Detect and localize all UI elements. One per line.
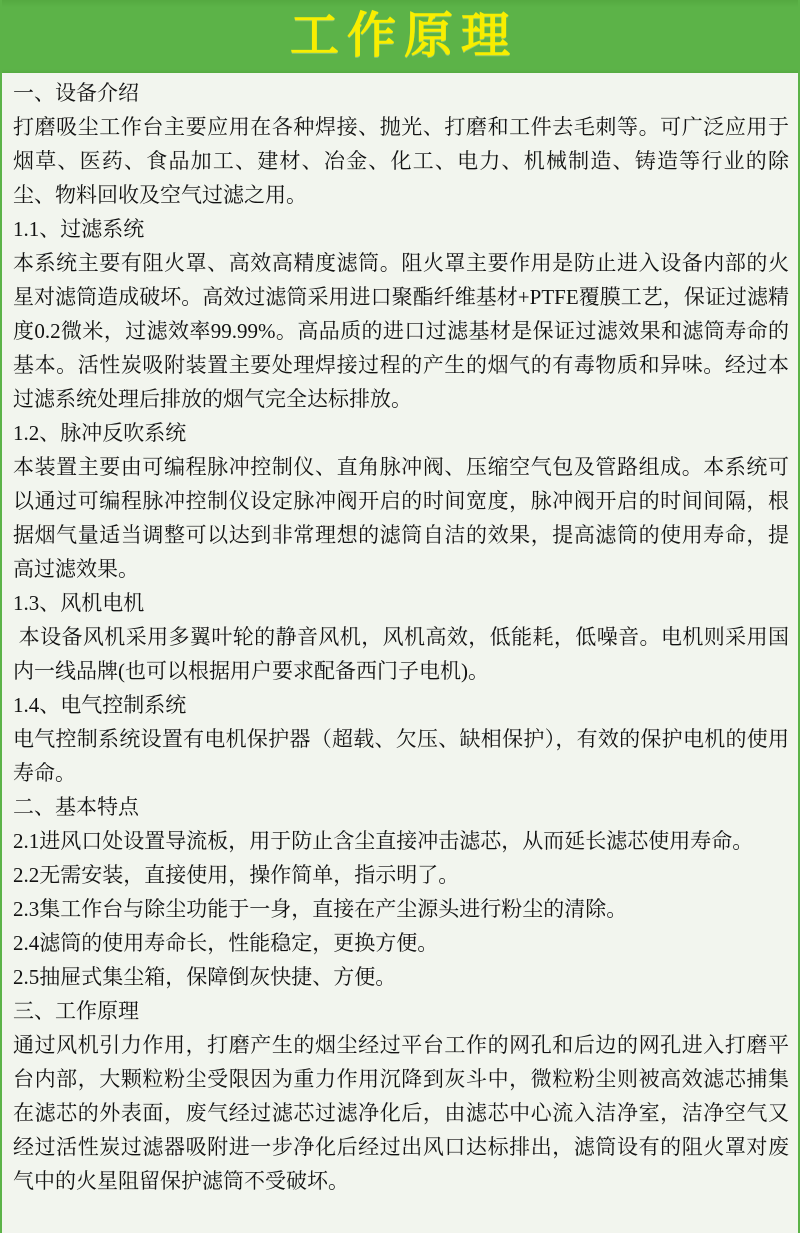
- page-title: 工作原理: [282, 12, 518, 61]
- paragraph-working-principle: 通过风机引力作用，打磨产生的烟尘经过平台工作的网孔和后边的网孔进入打磨平台内部，…: [13, 1028, 789, 1198]
- heading-pulse-system: 1.2、脉冲反吹系统: [13, 416, 789, 450]
- content: 一、设备介绍 打磨吸尘工作台主要应用在各种焊接、抛光、打磨和工件去毛刺等。可广泛…: [2, 73, 798, 1198]
- heading-fan-motor: 1.3、风机电机: [13, 586, 789, 620]
- feature-item-5: 2.5抽屉式集尘箱，保障倒灰快捷、方便。: [13, 960, 789, 994]
- paragraph-filter-system: 本系统主要有阻火罩、高效高精度滤筒。阻火罩主要作用是防止进入设备内部的火星对滤筒…: [13, 246, 789, 416]
- feature-item-3: 2.3集工作台与除尘功能于一身，直接在产尘源头进行粉尘的清除。: [13, 892, 789, 926]
- heading-working-principle: 三、工作原理: [13, 994, 789, 1028]
- paragraph-overview: 打磨吸尘工作台主要应用在各种焊接、抛光、打磨和工件去毛刺等。可广泛应用于烟草、医…: [13, 110, 789, 212]
- heading-basic-features: 二、基本特点: [13, 790, 789, 824]
- paragraph-electric-control: 电气控制系统设置有电机保护器（超载、欠压、缺相保护），有效的保护电机的使用寿命。: [13, 722, 789, 790]
- feature-item-4: 2.4滤筒的使用寿命长，性能稳定，更换方便。: [13, 926, 789, 960]
- banner: 工作原理: [2, 0, 798, 73]
- heading-device-intro: 一、设备介绍: [13, 76, 789, 110]
- paragraph-pulse-system: 本装置主要由可编程脉冲控制仪、直角脉冲阀、压缩空气包及管路组成。本系统可以通过可…: [13, 450, 789, 586]
- feature-item-2: 2.2无需安装，直接使用，操作简单，指示明了。: [13, 858, 789, 892]
- heading-filter-system: 1.1、过滤系统: [13, 212, 789, 246]
- paragraph-fan-motor: 本设备风机采用多翼叶轮的静音风机，风机高效，低能耗，低噪音。电机则采用国内一线品…: [13, 620, 789, 688]
- heading-electric-control: 1.4、电气控制系统: [13, 688, 789, 722]
- document-page: 工作原理 一、设备介绍 打磨吸尘工作台主要应用在各种焊接、抛光、打磨和工件去毛刺…: [0, 0, 800, 1233]
- feature-item-1: 2.1进风口处设置导流板，用于防止含尘直接冲击滤芯，从而延长滤芯使用寿命。: [13, 824, 789, 858]
